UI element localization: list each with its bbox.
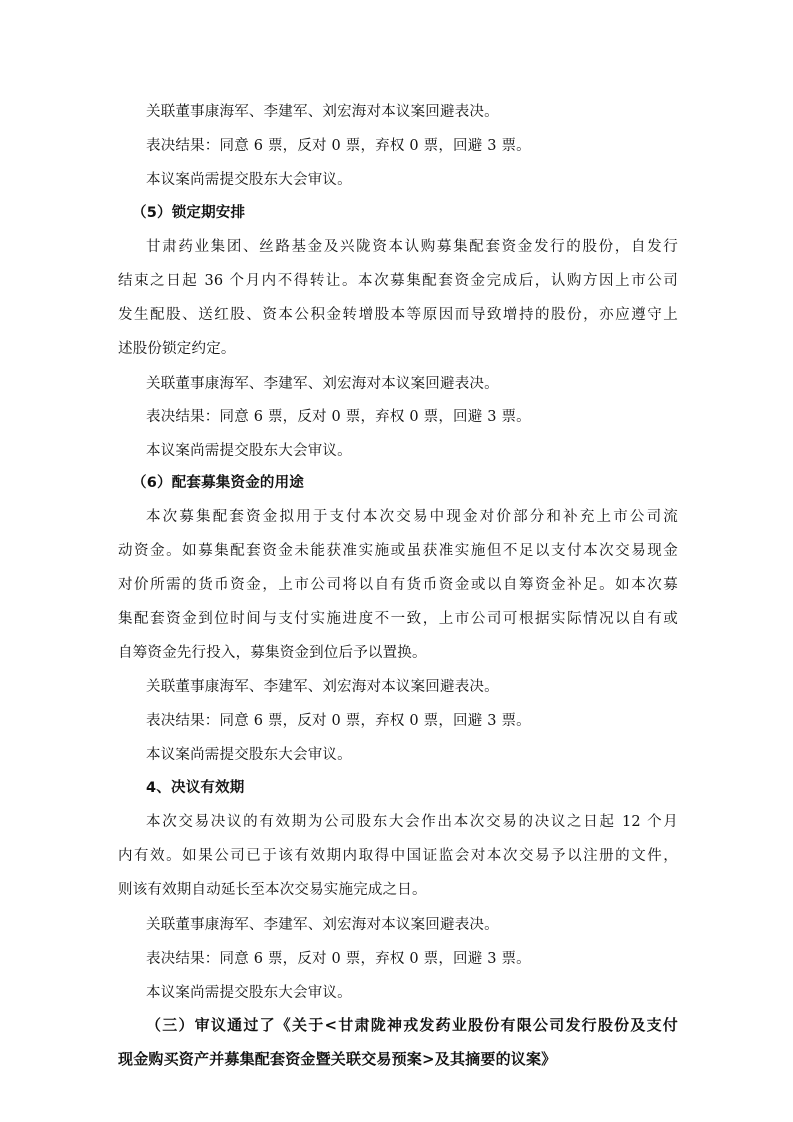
section-heading-use-of-funds: （6）配套募集资金的用途 [132,471,304,492]
vote-result: 表决结果：同意 6 票，反对 0 票，弃权 0 票，回避 3 票。 [146,947,531,968]
paragraph-line: 本次募集配套资金拟用于支付本次交易中现金对价部分和补充上市公司流 [146,505,678,526]
submission-note: 本议案尚需提交股东大会审议。 [146,439,352,460]
paragraph-line: 对价所需的货币资金，上市公司将以自有货币资金或以自筹资金补足。如本次募 [118,573,678,594]
submission-note: 本议案尚需提交股东大会审议。 [146,743,352,764]
paragraph-line: 集配套资金到位时间与支付实施进度不一致，上市公司可根据实际情况以自有或 [118,607,678,628]
paragraph-line: 本次交易决议的有效期为公司股东大会作出本次交易的决议之日起 12 个月 [146,810,678,831]
submission-note: 本议案尚需提交股东大会审议。 [146,168,352,189]
paragraph-line: 发生配股、送红股、资本公积金转增股本等原因而导致增持的股份，亦应遵守上 [118,303,678,324]
paragraph-line: 结束之日起 36 个月内不得转让。本次募集配套资金完成后，认购方因上市公司 [118,269,678,290]
paragraph-line: 自筹资金先行投入，募集资金到位后予以置换。 [118,641,427,662]
recusal-statement: 关联董事康海军、李建军、刘宏海对本议案回避表决。 [146,675,499,696]
resolution-heading-line: （三）审议通过了《关于<甘肃陇神戎发药业股份有限公司发行股份及支付 [146,1014,678,1035]
vote-result: 表决结果：同意 6 票，反对 0 票，弃权 0 票，回避 3 票。 [146,405,531,426]
paragraph-line: 内有效。如果公司已于该有效期内取得中国证监会对本次交易予以注册的文件， [118,844,678,865]
paragraph-line: 述股份锁定约定。 [118,337,236,358]
vote-result: 表决结果：同意 6 票，反对 0 票，弃权 0 票，回避 3 票。 [146,134,531,155]
vote-result: 表决结果：同意 6 票，反对 0 票，弃权 0 票，回避 3 票。 [146,709,531,730]
submission-note: 本议案尚需提交股东大会审议。 [146,981,352,1002]
section-heading-lockup: （5）锁定期安排 [132,201,245,222]
resolution-heading-line: 现金购买资产并募集配套资金暨关联交易预案>及其摘要的议案》 [118,1048,556,1069]
recusal-statement: 关联董事康海军、李建军、刘宏海对本议案回避表决。 [146,372,499,393]
recusal-statement: 关联董事康海军、李建军、刘宏海对本议案回避表决。 [146,913,499,934]
section-heading-validity: 4、决议有效期 [146,776,245,797]
recusal-statement: 关联董事康海军、李建军、刘宏海对本议案回避表决。 [146,100,499,121]
paragraph-line: 动资金。如募集配套资金未能获准实施或虽获准实施但不足以支付本次交易现金 [118,539,678,560]
paragraph-line: 甘肃药业集团、丝路基金及兴陇资本认购募集配套资金发行的股份，自发行 [146,235,678,256]
paragraph-line: 则该有效期自动延长至本次交易实施完成之日。 [118,878,427,899]
